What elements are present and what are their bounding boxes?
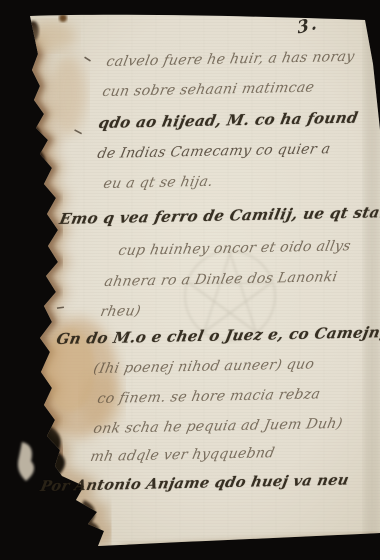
stain-arm [82, 374, 122, 430]
topleft-stain [28, 21, 76, 51]
top-edge-spot [59, 14, 67, 22]
torn-paper-flap [18, 442, 34, 481]
right-edge-shading [364, 18, 380, 538]
char-patch-middle [23, 249, 45, 291]
paper-sheet-art [0, 0, 380, 560]
photographed-manuscript: 3. calvelo fuere he huir, a has noray cu… [0, 0, 380, 560]
upper-edge-stain [50, 55, 86, 135]
